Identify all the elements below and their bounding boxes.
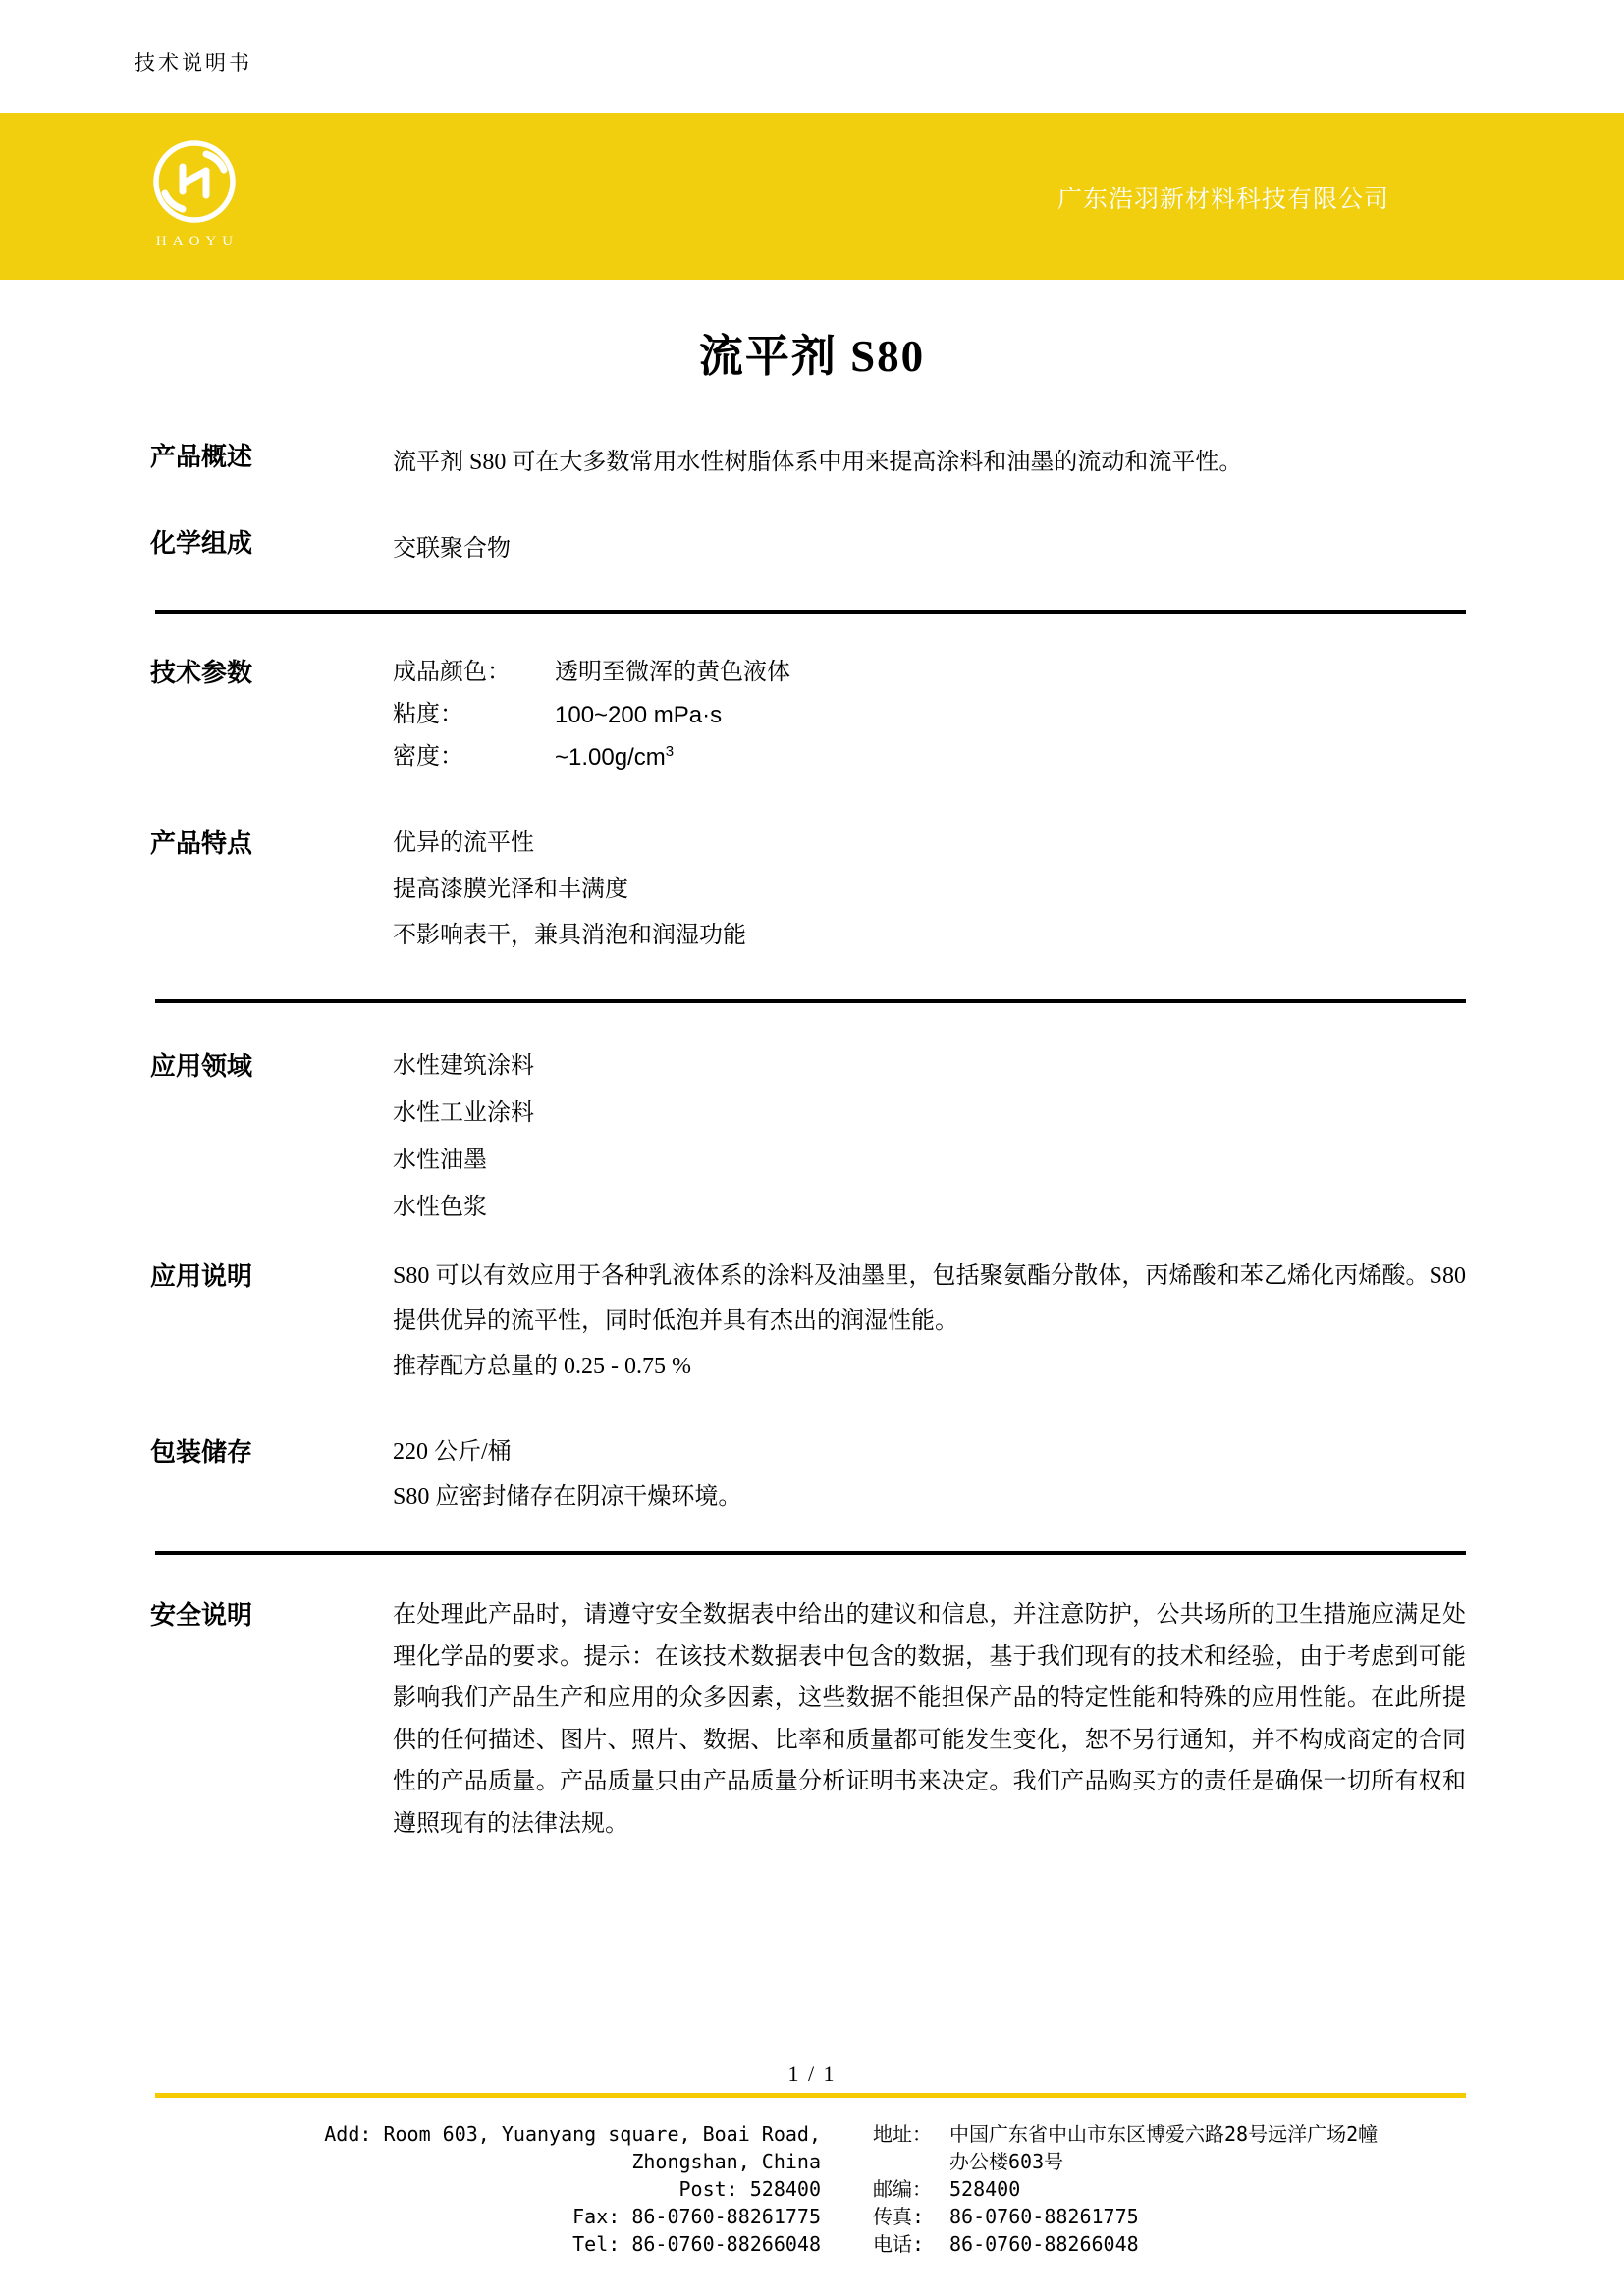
footer-row-value: 86-0760-88266048 (949, 2230, 1139, 2258)
company-name: 广东浩羽新材料科技有限公司 (1057, 180, 1389, 215)
footer-row-label: 电话: (873, 2230, 949, 2258)
list-item: 220 公斤/桶 (393, 1429, 1466, 1474)
footer-line-address: Add: Room 603, Yuanyang square, Boai Roa… (324, 2120, 821, 2148)
applications-list: 水性建筑涂料 水性工业涂料 水性油墨 水性色浆 (393, 1042, 1466, 1231)
footer-address-en: Add: Room 603, Yuanyang square, Boai Roa… (324, 2120, 821, 2258)
section-overview-label: 产品概述 (150, 442, 393, 472)
footer-row-address: 地址： 中国广东省中山市东区博爱六路28号远洋广场2幢 (873, 2120, 1378, 2148)
list-item: 不影响表干，兼具消泡和润湿功能 (393, 913, 1466, 959)
safety-body: 在处理此产品时，请遵守安全数据表中给出的建议和信息，并注意防护，公共场所的卫生措… (393, 1594, 1466, 1844)
param-name: 粘度： (393, 694, 555, 736)
section-composition-label: 化学组成 (150, 528, 393, 559)
company-logo: HAOYU (149, 138, 240, 250)
list-item: 水性建筑涂料 (393, 1042, 1466, 1090)
doc-type-label: 技术说明书 (135, 47, 252, 77)
density-value: ~1.00g/cm (555, 744, 666, 771)
footer-row-value: 办公楼603号 (949, 2148, 1063, 2175)
divider-line (155, 999, 1466, 1003)
footer-row-address2: 办公楼603号 (873, 2148, 1378, 2175)
param-row-color: 成品颜色： 透明至微浑的黄色液体 (393, 652, 1466, 694)
usage-dosage: 推荐配方总量的 0.25 - 0.75 % (393, 1344, 1466, 1389)
section-overview: 产品概述 流平剂 S80 可在大多数常用水性树脂体系中用来提高涂料和油墨的流动和… (150, 442, 1466, 476)
list-item: 水性色浆 (393, 1184, 1466, 1231)
list-item: S80 应密封储存在阴凉干燥环境。 (393, 1474, 1466, 1520)
footer-line-fax: Fax: 86-0760-88261775 (324, 2203, 821, 2230)
tech-params-table: 成品颜色： 透明至微浑的黄色液体 粘度： 100~200 mPa·s 密度： ~… (393, 652, 1466, 778)
section-packaging: 包装储存 220 公斤/桶 S80 应密封储存在阴凉干燥环境。 (150, 1429, 1466, 1520)
haoyu-logo-icon (151, 138, 238, 230)
section-applications-label: 应用领域 (150, 1042, 393, 1090)
section-usage: 应用说明 S80 可以有效应用于各种乳液体系的涂料及油墨里，包括聚氨酯分散体，丙… (150, 1254, 1466, 1389)
section-composition: 化学组成 交联聚合物 (150, 528, 1466, 562)
footer-divider-line (155, 2093, 1466, 2098)
section-safety-label: 安全说明 (150, 1594, 393, 1636)
section-tech-params: 技术参数 成品颜色： 透明至微浑的黄色液体 粘度： 100~200 mPa·s … (150, 652, 1466, 778)
param-row-viscosity: 粘度： 100~200 mPa·s (393, 694, 1466, 736)
param-value: 透明至微浑的黄色液体 (555, 652, 790, 694)
usage-text: S80 可以有效应用于各种乳液体系的涂料及油墨里，包括聚氨酯分散体，丙烯酸和苯乙… (393, 1254, 1466, 1344)
footer-row-value: 中国广东省中山市东区博爱六路28号远洋广场2幢 (949, 2120, 1378, 2148)
page-number: 1 / 1 (0, 2061, 1624, 2087)
section-features-label: 产品特点 (150, 821, 393, 867)
footer-address-cn: 地址： 中国广东省中山市东区博爱六路28号远洋广场2幢 办公楼603号 邮编： … (873, 2120, 1378, 2258)
footer-row-post: 邮编： 528400 (873, 2175, 1378, 2203)
packaging-body: 220 公斤/桶 S80 应密封储存在阴凉干燥环境。 (393, 1429, 1466, 1520)
footer-row-fax: 传真: 86-0760-88261775 (873, 2203, 1378, 2230)
density-superscript: 3 (666, 743, 674, 760)
usage-body: S80 可以有效应用于各种乳液体系的涂料及油墨里，包括聚氨酯分散体，丙烯酸和苯乙… (393, 1254, 1466, 1389)
param-name: 密度： (393, 736, 555, 778)
param-row-density: 密度： ~1.00g/cm3 (393, 736, 1466, 778)
logo-wordmark: HAOYU (150, 234, 239, 250)
footer-row-value: 528400 (949, 2175, 1020, 2203)
param-value: ~1.00g/cm3 (555, 736, 674, 778)
safety-text: 在处理此产品时，请遵守安全数据表中给出的建议和信息，并注意防护，公共场所的卫生措… (393, 1594, 1466, 1844)
divider-line (155, 610, 1466, 614)
section-safety: 安全说明 在处理此产品时，请遵守安全数据表中给出的建议和信息，并注意防护，公共场… (150, 1594, 1466, 1844)
footer-line-tel: Tel: 86-0760-88266048 (324, 2230, 821, 2258)
section-tech-params-label: 技术参数 (150, 652, 393, 694)
divider-line (155, 1551, 1466, 1555)
footer-line-city: Zhongshan, China (324, 2148, 821, 2175)
footer-row-label: 邮编： (873, 2175, 949, 2203)
footer-row-value: 86-0760-88261775 (949, 2203, 1139, 2230)
product-title: 流平剂 S80 (0, 320, 1624, 384)
section-overview-text: 流平剂 S80 可在大多数常用水性树脂体系中用来提高涂料和油墨的流动和流平性。 (393, 442, 1466, 476)
section-usage-label: 应用说明 (150, 1254, 393, 1299)
list-item: 优异的流平性 (393, 821, 1466, 867)
footer-row-label: 地址： (873, 2120, 949, 2148)
features-list: 优异的流平性 提高漆膜光泽和丰满度 不影响表干，兼具消泡和润湿功能 (393, 821, 1466, 959)
section-packaging-label: 包装储存 (150, 1429, 393, 1474)
param-value: 100~200 mPa·s (555, 694, 722, 736)
footer-row-tel: 电话: 86-0760-88266048 (873, 2230, 1378, 2258)
param-name: 成品颜色： (393, 652, 555, 694)
list-item: 水性油墨 (393, 1137, 1466, 1184)
tds-document-page: 技术说明书 HAOYU 广东浩羽新材料科技有限公司 流平剂 S80 (0, 0, 1624, 2296)
footer-row-label (873, 2148, 949, 2175)
footer-line-post: Post: 528400 (324, 2175, 821, 2203)
section-composition-text: 交联聚合物 (393, 528, 1466, 562)
footer-row-label: 传真: (873, 2203, 949, 2230)
header-band: HAOYU 广东浩羽新材料科技有限公司 (0, 113, 1624, 280)
list-item: 提高漆膜光泽和丰满度 (393, 867, 1466, 913)
section-features: 产品特点 优异的流平性 提高漆膜光泽和丰满度 不影响表干，兼具消泡和润湿功能 (150, 821, 1466, 959)
list-item: 水性工业涂料 (393, 1090, 1466, 1137)
section-applications: 应用领域 水性建筑涂料 水性工业涂料 水性油墨 水性色浆 (150, 1042, 1466, 1231)
